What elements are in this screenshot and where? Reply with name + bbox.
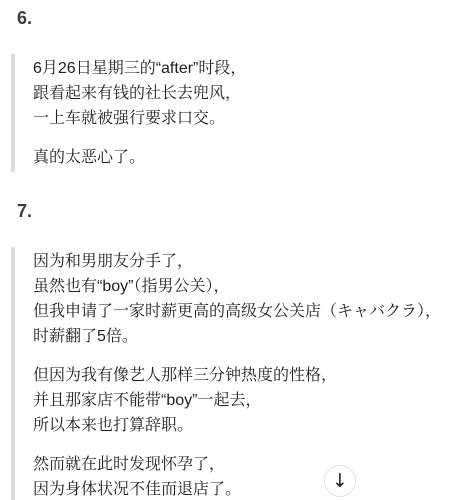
quote-block-7: 因为和男朋友分手了， 虽然也有“boy”（指男公关）， 但我申请了一家时薪更高的… — [11, 247, 467, 500]
list-item-7: 7. 因为和男朋友分手了， 虽然也有“boy”（指男公关）， 但我申请了一家时薪… — [0, 200, 475, 500]
item-number-7: 7. — [17, 200, 475, 222]
quote-paragraph: 因为和男朋友分手了， 虽然也有“boy”（指男公关）， 但我申请了一家时薪更高的… — [33, 249, 467, 349]
quote-paragraph: 然而就在此时发现怀孕了， 因为身体状况不佳而退店了。 — [33, 452, 467, 500]
quote-paragraph: 但因为我有像艺人那样三分钟热度的性格， 并且那家店不能带“boy”一起去， 所以… — [33, 363, 467, 438]
down-arrow-icon: ↓ — [332, 472, 348, 491]
item-number-6: 6. — [17, 7, 475, 29]
quote-paragraph: 6月26日星期三的“after”时段， 跟看起来有钱的社长去兜风， 一上车就被强… — [33, 56, 467, 131]
scroll-down-button[interactable]: ↓ — [324, 465, 356, 497]
quote-paragraph: 真的太恶心了。 — [33, 145, 467, 170]
quote-block-6: 6月26日星期三的“after”时段， 跟看起来有钱的社长去兜风， 一上车就被强… — [11, 54, 467, 172]
list-item-6: 6. 6月26日星期三的“after”时段， 跟看起来有钱的社长去兜风， 一上车… — [0, 7, 475, 172]
document-page: 6. 6月26日星期三的“after”时段， 跟看起来有钱的社长去兜风， 一上车… — [0, 0, 475, 500]
